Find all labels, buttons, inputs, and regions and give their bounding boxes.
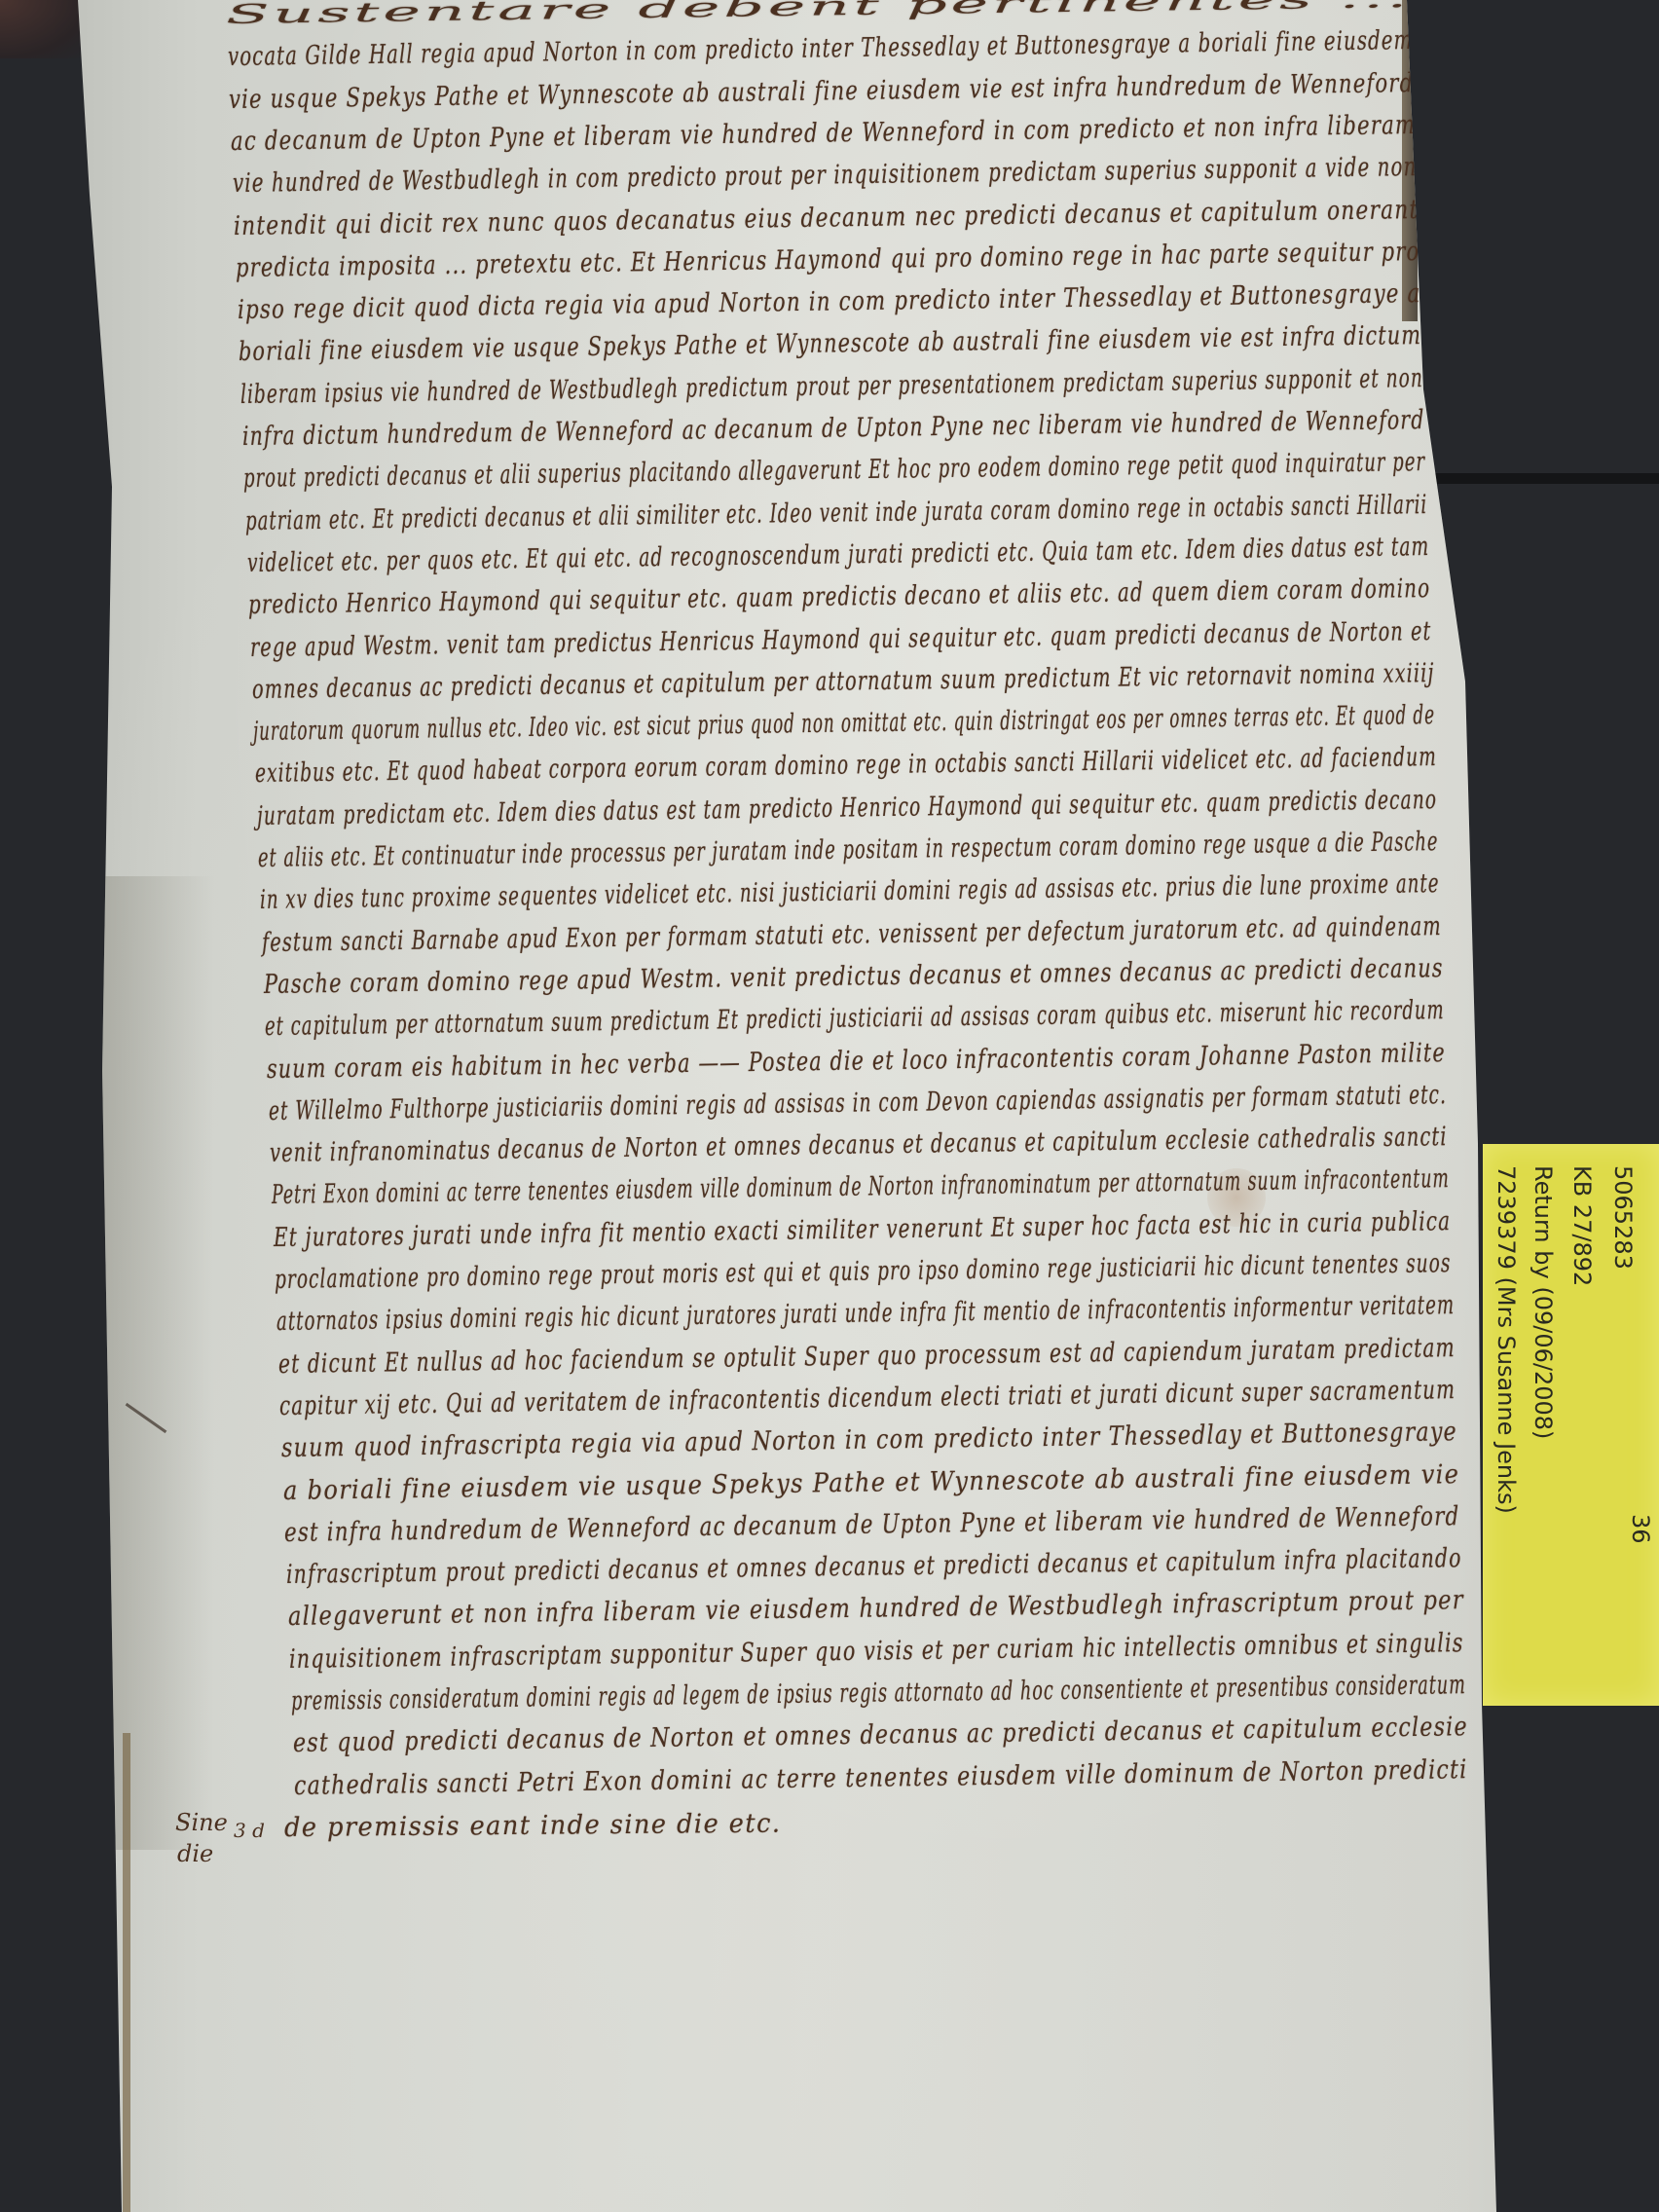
manuscript-line: suum quod infrascripta regia via apud No… (281, 1417, 1457, 1463)
manuscript-line: est quod predicti decanus de Norton et o… (292, 1713, 1467, 1759)
manuscript-line: exitibus etc. Et quod habeat corpora eor… (255, 742, 1437, 789)
manuscript-line: capitur xij etc. Qui ad veritatem de inf… (279, 1375, 1456, 1421)
manuscript-line: predicta imposita ... pretextu etc. Et H… (236, 237, 1420, 283)
manuscript-line: infra dictum hundredum de Wenneford ac d… (242, 405, 1425, 452)
manuscript-line: infrascriptum prout predicti decanus et … (286, 1543, 1462, 1590)
slip-return-date: Return by (09/06/2008) (1530, 1165, 1557, 1439)
manuscript-line: patriam etc. Et predicti decanus et alii… (245, 490, 1428, 536)
manuscript-line: Pasche coram domino rege apud Westm. ven… (263, 953, 1443, 1000)
margin-note-sine: Sine (175, 1809, 228, 1836)
manuscript-line: attornatos ipsius domini regis hic dicun… (276, 1290, 1456, 1337)
manuscript-line: Sustentare debent pertinentes ... (226, 0, 1411, 30)
margin-note-die: die (177, 1840, 213, 1867)
parchment-membrane: Sustentare debent pertinentes ...vocata … (0, 0, 1659, 2212)
manuscript-line: premissis consideratum domini regis ad l… (291, 1670, 1466, 1716)
manuscript-line: vie usque Spekys Pathe et Wynnescote ab … (229, 68, 1415, 115)
manuscript-line: in xv dies tunc proxime sequentes videli… (260, 868, 1440, 915)
manuscript-line: Petri Exon domini ac terre tenentes eius… (272, 1164, 1450, 1211)
manuscript-line: ac decanum de Upton Pyne et liberam vie … (231, 110, 1417, 157)
manuscript-line: est infra hundredum de Wenneford ac deca… (284, 1501, 1460, 1548)
backing-board-seam (1417, 473, 1659, 484)
manuscript-line: et dicunt Et nullus ad hoc faciendum se … (277, 1333, 1455, 1380)
slip-reference: KB 27/892 (1568, 1165, 1596, 1286)
manuscript-line: vocata Gilde Hall regia apud Norton in c… (227, 25, 1413, 72)
manuscript-line: predicto Henrico Haymond qui sequitur et… (248, 573, 1431, 620)
background-corner (0, 0, 88, 58)
manuscript-line: a boriali fine eiusdem vie usque Spekys … (282, 1459, 1459, 1506)
manuscript-line: Et juratores jurati unde infra fit menti… (273, 1206, 1451, 1253)
margin-note-3d: 3 d (234, 1819, 265, 1842)
manuscript-line: videlicet etc. per quos etc. Et qui etc.… (247, 532, 1430, 578)
manuscript-line: festum sancti Barnabe apud Exon per form… (262, 911, 1442, 958)
manuscript-line: cathedralis sancti Petri Exon domini ac … (294, 1754, 1468, 1801)
manuscript-line: rege apud Westm. venit tam predictus Hen… (250, 616, 1432, 663)
manuscript-line: allegaverunt et non infra liberam vie ei… (287, 1586, 1463, 1633)
manuscript-line: proclamatione pro domino rege prout mori… (275, 1248, 1452, 1295)
manuscript-text: Sustentare debent pertinentes ...vocata … (0, 0, 1659, 2212)
manuscript-line: vie hundred de Westbudlegh in com predic… (232, 152, 1417, 199)
manuscript-line: juratam predictam etc. Idem dies datus e… (257, 785, 1437, 831)
manuscript-line: intendit qui dicit rex nunc quos decanat… (234, 195, 1419, 241)
manuscript-line: et aliis etc. Et continuatur inde proces… (258, 827, 1439, 873)
slip-document-id: 5065283 (1609, 1165, 1637, 1270)
manuscript-line: et capitulum per attornatum suum predict… (265, 995, 1445, 1042)
manuscript-line: suum coram eis habitum in hec verba —— P… (267, 1038, 1446, 1085)
manuscript-line: de premissis eant inde sine die etc. (284, 1809, 782, 1843)
manuscript-line: omnes decanus ac predicti decanus et cap… (252, 658, 1435, 705)
slip-reader: 7239379 (Mrs Susanne Jenks) (1493, 1165, 1520, 1514)
archive-ordering-slip: 5065283 KB 27/892 Return by (09/06/2008)… (1483, 1144, 1659, 1706)
manuscript-line: inquisitionem infrascriptam supponitur S… (289, 1628, 1464, 1675)
manuscript-line: ipso rege dicit quod dicta regia via apu… (238, 278, 1421, 325)
manuscript-line: liberam ipsius vie hundred de Westbudleg… (240, 363, 1423, 410)
manuscript-line: juratorum quorum nullus etc. Ideo vic. e… (253, 700, 1435, 747)
slip-page-number: 36 (1627, 1514, 1654, 1544)
manuscript-line: prout predicti decanus et alii superius … (243, 447, 1425, 494)
manuscript-line: boriali fine eiusdem vie usque Spekys Pa… (239, 320, 1422, 367)
manuscript-line: venit infranominatus decanus de Norton e… (270, 1122, 1448, 1168)
manuscript-line: et Willelmo Fulthorpe justiciariis domin… (268, 1080, 1446, 1126)
